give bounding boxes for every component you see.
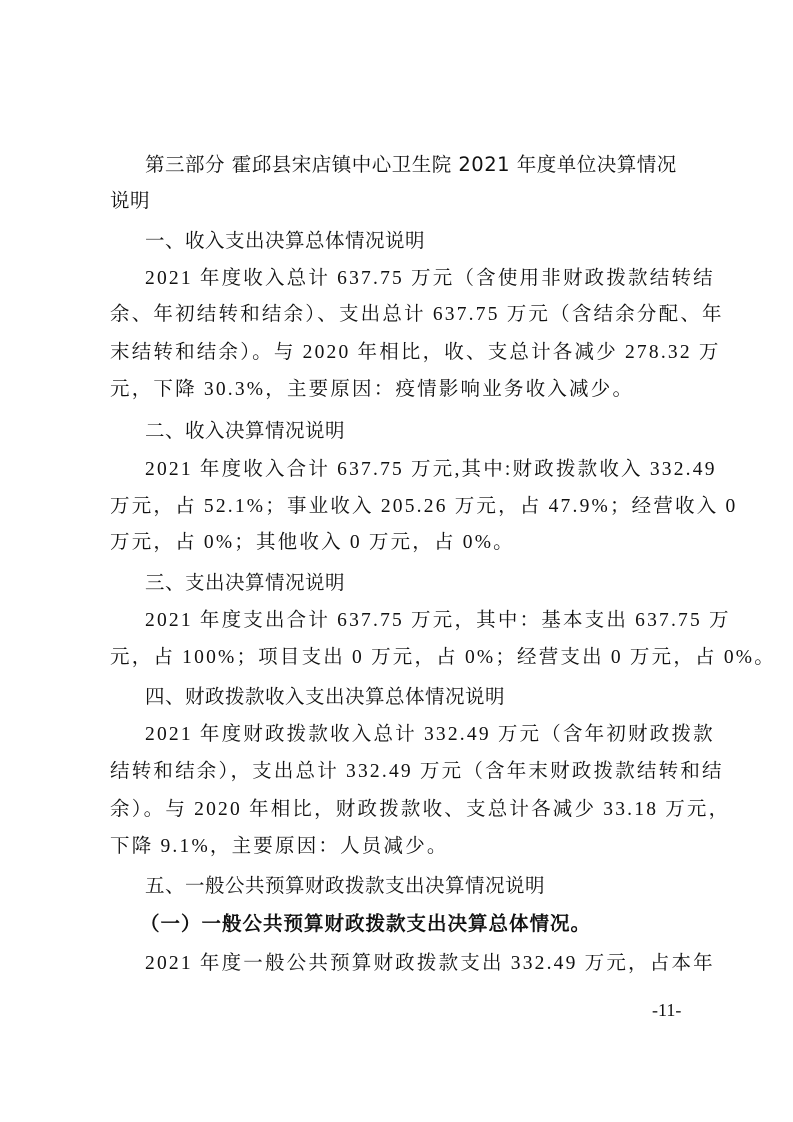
paragraph-line: 结转和结余），支出总计 332.49 万元（含年末财政拨款结转和结: [110, 759, 690, 785]
paragraph-line: 万元，占 0%；其他收入 0 万元，占 0%。: [110, 530, 690, 556]
section-heading-3: 三、支出决算情况说明: [145, 570, 725, 596]
document-page: 第三部分 霍邱县宋店镇中心卫生院 2021 年度单位决算情况 说明 一、收入支出…: [0, 0, 793, 1122]
document-title: 第三部分 霍邱县宋店镇中心卫生院 2021 年度单位决算情况: [145, 152, 725, 178]
paragraph-line: 2021 年度支出合计 637.75 万元，其中：基本支出 637.75 万: [145, 608, 725, 634]
paragraph-line: 2021 年度财政拨款收入总计 332.49 万元（含年初财政拨款: [145, 722, 725, 748]
paragraph-line: 元，下降 30.3%，主要原因：疫情影响业务收入减少。: [110, 377, 690, 403]
paragraph-line: 余、年初结转和结余）、支出总计 637.75 万元（含结余分配、年: [110, 302, 690, 328]
subsection-heading: （一）一般公共预算财政拨款支出决算总体情况。: [140, 911, 720, 937]
paragraph-line: 2021 年度一般公共预算财政拨款支出 332.49 万元，占本年: [145, 951, 725, 977]
paragraph-line: 2021 年度收入合计 637.75 万元,其中:财政拨款收入 332.49: [145, 457, 725, 483]
paragraph-line: 余）。与 2020 年相比，财政拨款收、支总计各减少 33.18 万元，: [110, 797, 690, 823]
paragraph-line: 万元，占 52.1%；事业收入 205.26 万元，占 47.9%；经营收入 0: [110, 494, 690, 520]
paragraph-line: 2021 年度收入总计 637.75 万元（含使用非财政拨款结转结: [145, 266, 725, 292]
section-heading-5: 五、一般公共预算财政拨款支出决算情况说明: [145, 873, 725, 899]
paragraph-line: 元，占 100%；项目支出 0 万元，占 0%；经营支出 0 万元，占 0%。: [110, 645, 690, 671]
section-heading-2: 二、收入决算情况说明: [145, 418, 725, 444]
document-title-cont: 说明: [110, 188, 690, 214]
page-number: -11-: [652, 1000, 681, 1021]
section-heading-4: 四、财政拨款收入支出决算总体情况说明: [145, 684, 725, 710]
paragraph-line: 末结转和结余）。与 2020 年相比，收、支总计各减少 278.32 万: [110, 340, 690, 366]
section-heading-1: 一、收入支出决算总体情况说明: [145, 228, 725, 254]
paragraph-line: 下降 9.1%，主要原因：人员减少。: [110, 834, 690, 860]
